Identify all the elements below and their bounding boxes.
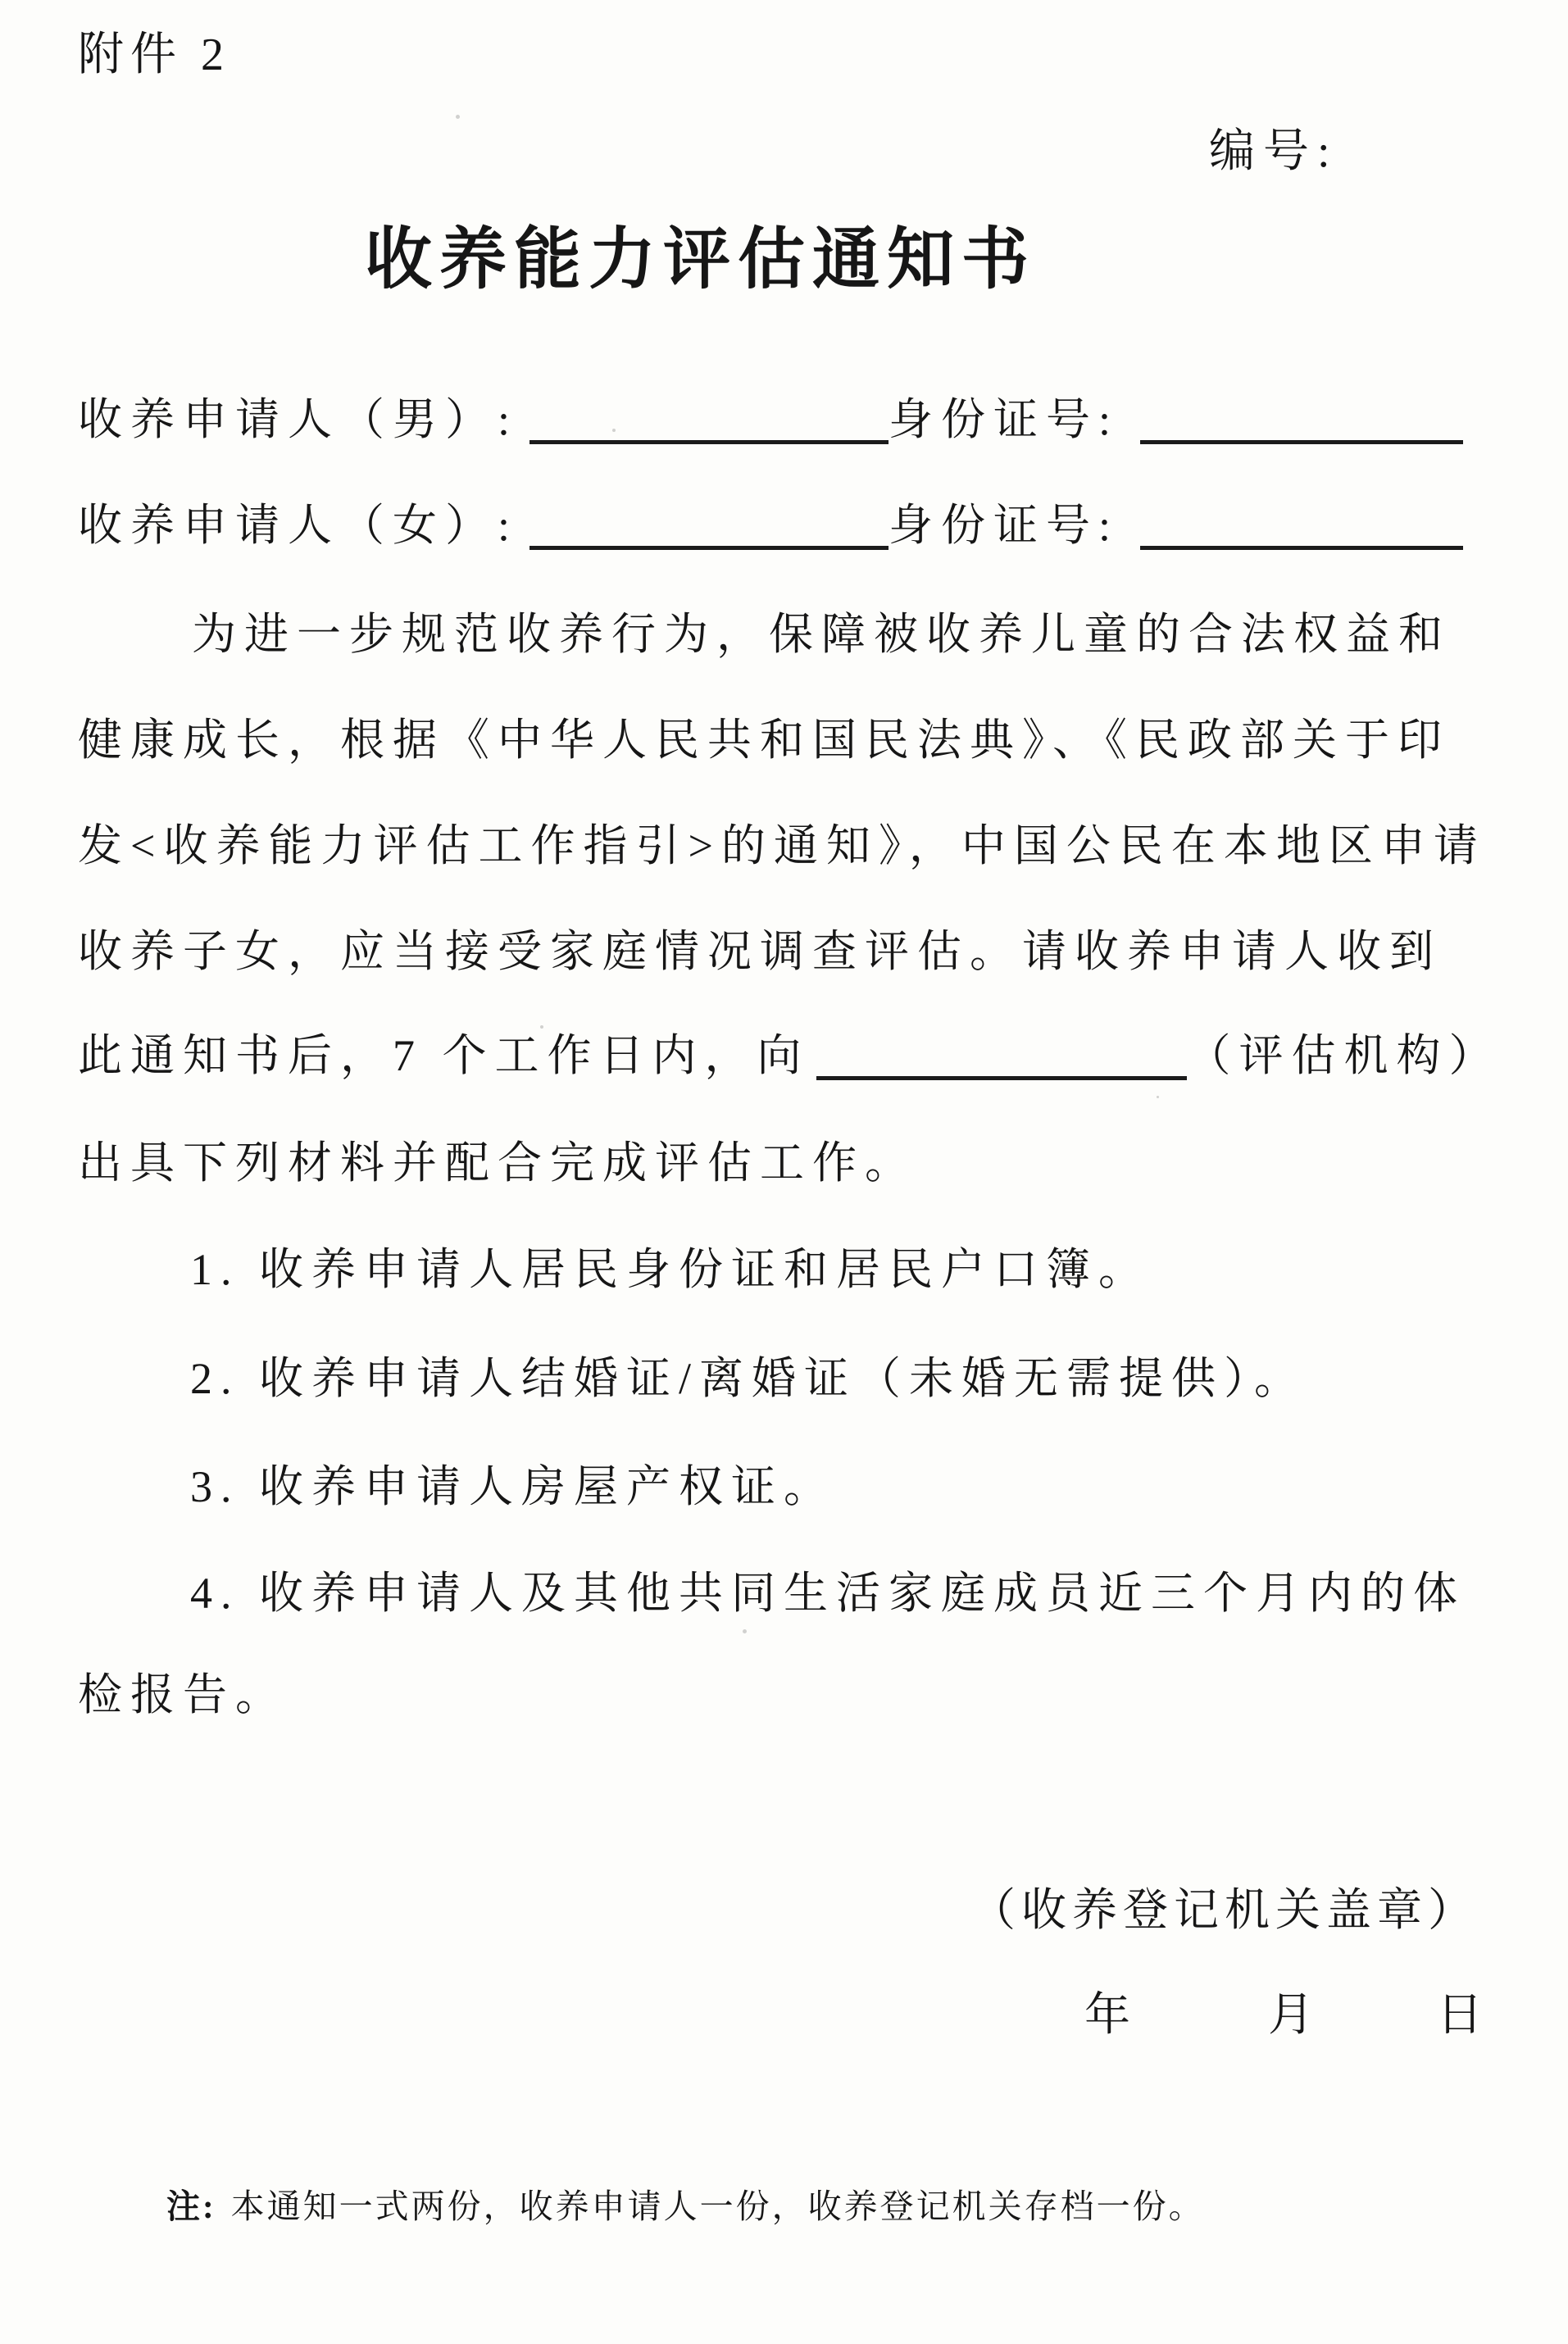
paragraph-line-1: 为进一步规范收养行为，保障被收养儿童的合法权益和 <box>192 608 1451 661</box>
month-label: 月 <box>1268 1990 1322 2041</box>
material-item-3: 3. 收养申请人房屋产权证。 <box>190 1460 836 1514</box>
applicant-male-name-blank <box>529 416 889 444</box>
applicant-female-name-blank <box>529 521 889 550</box>
date-line: 年月日 <box>1084 1988 1491 2043</box>
applicant-female-label: 收养申请人（女）: <box>78 501 518 550</box>
id-number-label-female: 身份证号: <box>889 501 1119 550</box>
footnote-label: 注: <box>166 2187 216 2225</box>
paragraph-line-5-text: 此通知书后，7 个工作日内，向 <box>78 1031 810 1080</box>
registration-authority-stamp-note: （收养登记机关盖章） <box>970 1883 1479 1937</box>
footnote: 注:本通知一式两份，收养申请人一份，收养登记机关存档一份。 <box>166 2187 1205 2227</box>
footnote-text: 本通知一式两份，收养申请人一份，收养登记机关存档一份。 <box>231 2187 1205 2225</box>
scan-speck <box>612 429 616 432</box>
year-label: 年 <box>1084 1990 1139 2041</box>
scan-speck <box>540 1025 543 1029</box>
day-label: 日 <box>1437 1990 1491 2041</box>
id-number-blank-male <box>1140 416 1463 444</box>
material-item-4: 4. 收养申请人及其他共同生活家庭成员近三个月内的体 <box>190 1567 1466 1620</box>
scan-speck <box>456 115 460 119</box>
paragraph-line-5: 此通知书后，7 个工作日内，向（评估机构） <box>78 1029 1502 1083</box>
material-item-4-continuation: 检报告。 <box>78 1669 288 1722</box>
paragraph-line-3: 发<收养能力评估工作指引>的通知》，中国公民在本地区申请 <box>78 820 1486 873</box>
material-item-2: 2. 收养申请人结婚证/离婚证（未婚无需提供）。 <box>190 1352 1307 1406</box>
assessment-agency-blank <box>816 1052 1187 1080</box>
scan-speck <box>1157 1096 1159 1098</box>
applicant-male-line: 收养申请人（男）:身份证号: <box>78 393 1463 447</box>
material-item-1: 1. 收养申请人居民身份证和居民户口簿。 <box>190 1243 1151 1297</box>
paragraph-line-4: 收养子女，应当接受家庭情况调查评估。请收养申请人收到 <box>78 925 1442 979</box>
assessment-agency-note: （评估机构） <box>1187 1031 1502 1080</box>
serial-number-label: 编号: <box>1209 125 1338 179</box>
attachment-label: 附件 2 <box>78 28 230 83</box>
scan-speck <box>743 1629 747 1633</box>
id-number-label-male: 身份证号: <box>889 395 1119 444</box>
paragraph-line-6: 出具下列材料并配合完成评估工作。 <box>78 1137 917 1190</box>
document-title: 收养能力评估通知书 <box>365 220 1036 300</box>
notice-document-page: 附件 2 编号: 收养能力评估通知书 收养申请人（男）:身份证号: 收养申请人（… <box>0 0 1568 2344</box>
id-number-blank-female <box>1140 521 1463 550</box>
applicant-female-line: 收养申请人（女）:身份证号: <box>78 499 1463 552</box>
applicant-male-label: 收养申请人（男）: <box>78 395 518 444</box>
paragraph-line-2: 健康成长，根据《中华人民共和国民法典》、《民政部关于印 <box>78 714 1450 767</box>
